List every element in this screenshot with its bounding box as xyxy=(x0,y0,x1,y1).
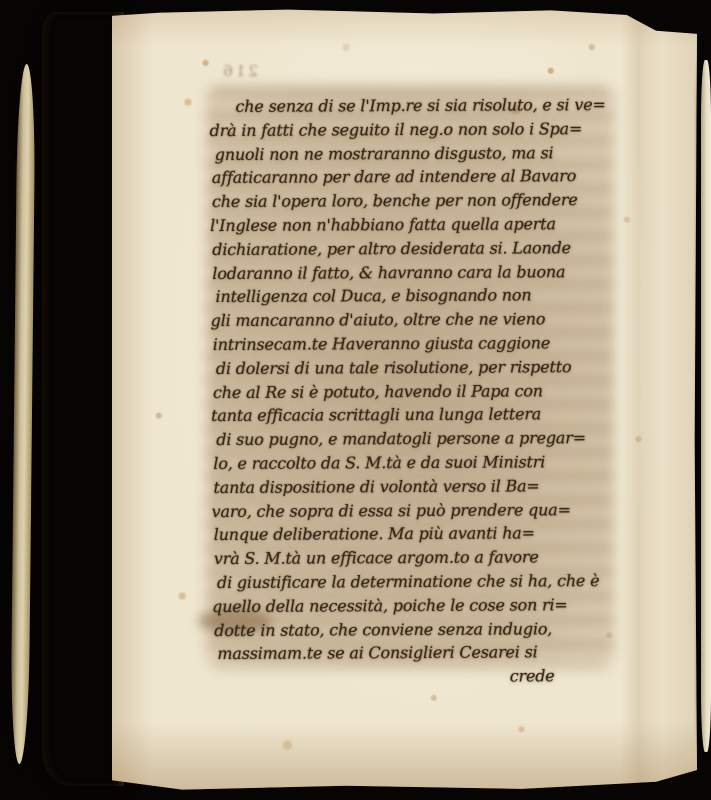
handwritten-line: gli mancaranno d'aiuto, oltre che ne vie… xyxy=(211,307,611,333)
handwritten-line: affaticaranno per dare ad intendere al B… xyxy=(212,164,610,190)
handwritten-line: massimam.te se ai Consiglieri Cesarei si xyxy=(217,640,612,666)
handwritten-line: quello della necessità, poiche le cose s… xyxy=(212,593,612,619)
handwritten-line: dichiaratione, per altro desiderata si. … xyxy=(212,236,610,262)
handwritten-line: intrinsecam.te Haveranno giusta caggione xyxy=(213,331,611,357)
book-cover-edge xyxy=(10,64,35,764)
handwritten-line: l'Inglese non n'habbiano fatta quella ap… xyxy=(210,212,610,238)
handwritten-line: vrà S. M.tà un efficace argom.to a favor… xyxy=(214,545,612,571)
adjacent-page-edge xyxy=(701,60,711,752)
handwritten-line: di dolersi di una tale risolutione, per … xyxy=(216,355,611,381)
handwritten-line: gnuoli non ne mostraranno disgusto, ma s… xyxy=(215,141,610,167)
handwritten-line: di suo pugno, e mandatogli persone a pre… xyxy=(216,426,611,452)
handwritten-line: che senza di se l'Imp.re si sia risoluto… xyxy=(211,93,609,119)
handwritten-line: di giustificare la determinatione che si… xyxy=(217,569,612,595)
handwritten-line: dotte in stato, che conviene senza indug… xyxy=(214,616,612,642)
page-stack-fore-edge xyxy=(42,12,124,786)
manuscript-photo: 216 che senza di se l'Imp.re si sia riso… xyxy=(0,0,711,800)
handwritten-line: varo, che sopra di essa si può prendere … xyxy=(212,498,612,524)
handwritten-line: intelligenza col Duca, e bisognando non xyxy=(215,283,610,309)
handwritten-line: drà in fatti che seguito il neg.o non so… xyxy=(210,117,610,143)
handwritten-line: che al Re si è potuto, havendo il Papa c… xyxy=(213,379,611,405)
handwritten-text-block: che senza di se l'Imp.re si sia risoluto… xyxy=(211,93,612,685)
handwritten-line: tanta efficacia scrittagli una lunga let… xyxy=(211,402,611,428)
handwritten-line: lo, e raccolto da S. M.tà e da suoi Mini… xyxy=(213,450,611,476)
handwritten-line: che sia l'opera loro, benche per non off… xyxy=(212,188,610,214)
manuscript-page: 216 che senza di se l'Imp.re si sia riso… xyxy=(112,8,697,792)
folio-number-showthrough: 216 xyxy=(198,62,258,86)
handwritten-line: lunque deliberatione. Ma più avanti ha= xyxy=(214,521,612,547)
handwritten-line: lodaranno il fatto, & havranno cara la b… xyxy=(212,260,610,286)
handwritten-lines: che senza di se l'Imp.re si sia risoluto… xyxy=(211,93,612,666)
catchword: crede xyxy=(214,664,612,690)
handwritten-line: tanta dispositione di volontà verso il B… xyxy=(213,474,611,500)
